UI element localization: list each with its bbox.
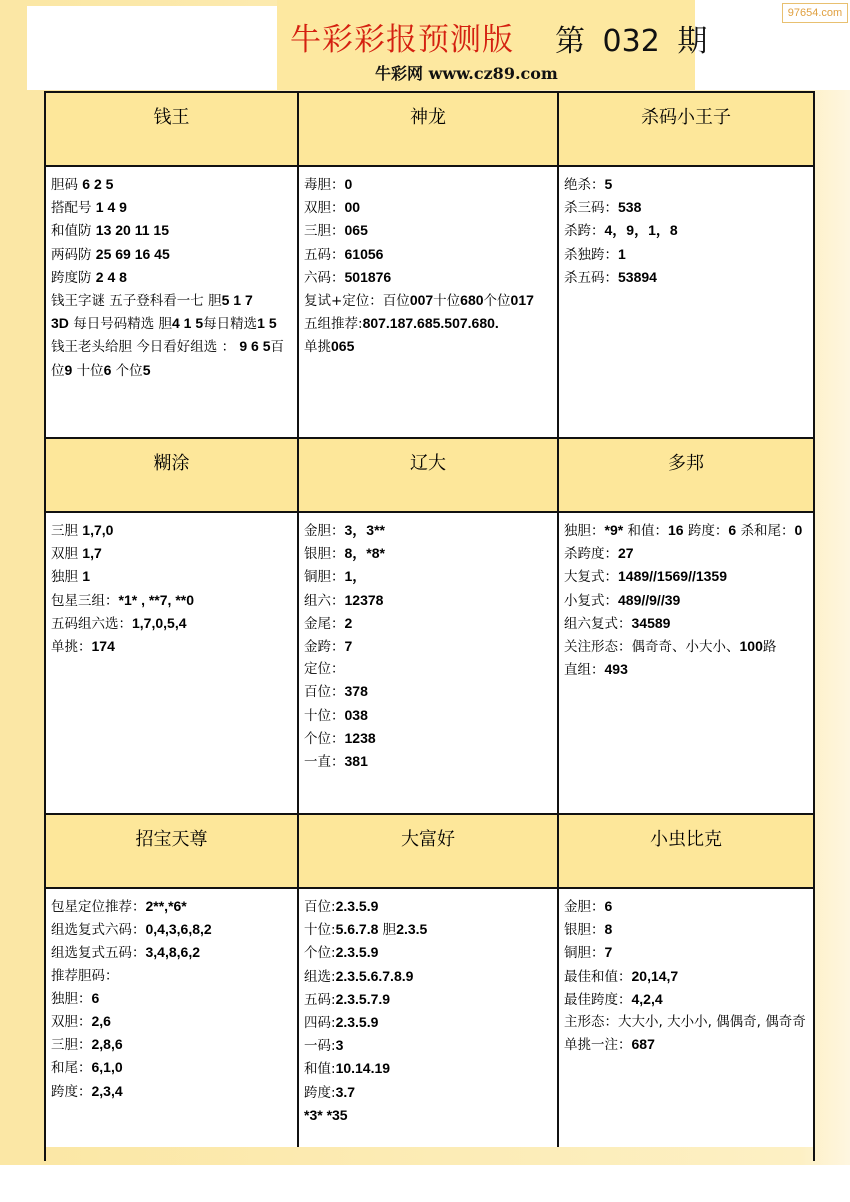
prediction-line: 独胆 1 (51, 565, 293, 588)
table-header-row: 招宝天尊 大富好 小虫比克 (46, 815, 813, 889)
line-value: 3D (51, 315, 69, 331)
prediction-line: 六码：501876 (304, 266, 553, 289)
line-label: 杀跨度： (564, 546, 618, 562)
line-value: 680 (460, 292, 483, 308)
prediction-line: 推荐胆码： (51, 965, 293, 987)
line-value: 53894 (618, 269, 657, 285)
line-value: 16 (668, 522, 684, 538)
prediction-line: 双胆：00 (304, 196, 553, 219)
prediction-line: 百位:2.3.5.9 (304, 895, 553, 918)
line-value: 2.3.5.7.9 (336, 991, 391, 1007)
prediction-line: 四码:2.3.5.9 (304, 1011, 553, 1034)
line-value: 378 (345, 683, 368, 699)
expert-name-cell: 神龙 (299, 93, 559, 167)
expert-content-cell: 百位:2.3.5.9十位:5.6.7.8 胆2.3.5个位:2.3.5.9组选:… (299, 889, 559, 1147)
prediction-line: 复试+定位：百位007十位680个位017 (304, 289, 553, 312)
prediction-line: 五组推荐:807.187.685.507.680. (304, 312, 553, 335)
table-body-row: 包星定位推荐：2**,*6*组选复式六码：0,4,3,6,8,2组选复式五码：3… (46, 889, 813, 1147)
line-label: 一直： (304, 754, 345, 770)
line-value: 2,3,4 (92, 1083, 123, 1099)
prediction-line: 独胆：*9* 和值：16 跨度：6 杀和尾：0 杀跨度：27 (564, 519, 809, 565)
prediction-line: 组六：12378 (304, 589, 553, 612)
expert-name-cell: 小虫比克 (559, 815, 813, 889)
line-label: 杀五码： (564, 270, 618, 286)
line-value: 2.3.5 (396, 921, 427, 937)
prediction-line: 和值:10.14.19 (304, 1057, 553, 1080)
prediction-line: 组选:2.3.5.6.7.8.9 (304, 965, 553, 988)
prediction-line: 和尾：6,1,0 (51, 1056, 293, 1079)
prediction-line: 个位：1238 (304, 727, 553, 750)
prediction-line: 双胆：2,6 (51, 1010, 293, 1033)
line-label: 大复式： (564, 569, 618, 585)
line-value: 2,6 (92, 1013, 111, 1029)
line-value: 7 (605, 944, 613, 960)
line-label: 小复式： (564, 593, 618, 609)
line-label: 独胆： (51, 991, 92, 1007)
site-subtitle: 牛彩网 www.cz89.com (375, 61, 558, 84)
line-label: 银胆： (564, 922, 605, 938)
expert-name-cell: 杀码小王子 (559, 93, 813, 167)
line-label: 金尾： (304, 616, 345, 632)
line-value: 381 (345, 753, 368, 769)
prediction-line: 单挑：174 (51, 635, 293, 658)
prediction-line: 组六复式：34589 (564, 612, 809, 635)
line-label: 包星定位推荐： (51, 899, 146, 915)
prediction-line: 铜胆：1， (304, 565, 553, 588)
line-label: 单挑一注： (564, 1037, 632, 1053)
line-label: 铜胆： (304, 569, 345, 585)
line-value: 1,7 (82, 545, 101, 561)
line-value: 1238 (345, 730, 376, 746)
prediction-line: 金胆：6 (564, 895, 809, 918)
line-label: 十位 (72, 363, 103, 379)
prediction-table: 钱王 神龙 杀码小王子 胆码 6 2 5搭配号 1 4 9和值防 13 20 1… (44, 91, 815, 1161)
prediction-line: 独胆：6 (51, 987, 293, 1010)
prediction-line: 金尾：2 (304, 612, 553, 635)
table-body-row: 三胆 1,7,0双胆 1,7独胆 1包星三组：*1* , **7, **0五码组… (46, 513, 813, 815)
prediction-line: 一直：381 (304, 750, 553, 773)
prediction-line: 搭配号 1 4 9 (51, 196, 293, 219)
line-value: 2.3.5.6.7.8.9 (336, 968, 414, 984)
line-label: 金胆： (304, 523, 345, 539)
line-label: 直组： (564, 662, 605, 678)
line-label: 和值： (623, 523, 668, 539)
line-label: 个位 (484, 293, 511, 309)
line-label: 五组推荐: (304, 316, 363, 332)
prediction-line: 五码组六选：1,7,0,5,4 (51, 612, 293, 635)
line-label: 跨度： (684, 523, 729, 539)
prediction-line: 大复式：1489//1569//1359 (564, 565, 809, 588)
line-label: 跨度: (304, 1085, 336, 1101)
line-label: 钱王老头给胆 今日看好组选 ： (51, 339, 239, 355)
line-value: 6 (728, 522, 736, 538)
line-label: 定位： (304, 661, 345, 677)
line-label: 单挑： (51, 639, 92, 655)
line-label: 六码： (304, 270, 345, 286)
line-value: 017 (511, 292, 534, 308)
line-value: 3.7 (336, 1084, 355, 1100)
line-value: 3，3** (345, 522, 385, 538)
line-label: 绝杀： (564, 177, 605, 193)
line-label: 铜胆： (564, 945, 605, 961)
line-value: 6 (605, 898, 613, 914)
prediction-line: 跨度：2,3,4 (51, 1080, 293, 1103)
line-value: 538 (618, 199, 641, 215)
line-value: 0 (794, 522, 802, 538)
prediction-line: 杀独跨：1 (564, 243, 809, 266)
expert-name-cell: 多邦 (559, 439, 813, 513)
line-value: 1 (82, 568, 90, 584)
line-label: 个位 (111, 363, 142, 379)
prediction-line: 包星三组：*1* , **7, **0 (51, 589, 293, 612)
line-label: 最佳跨度： (564, 992, 632, 1008)
line-label: 十位 (433, 293, 460, 309)
expert-content-cell: 毒胆：0双胆：00三胆：065五码：61056六码：501876复试+定位：百位… (299, 167, 559, 439)
prediction-line: 组选复式六码：0,4,3,6,8,2 (51, 918, 293, 941)
line-value: 687 (632, 1036, 655, 1052)
line-value: 1 5 (257, 315, 276, 331)
prediction-line: 杀五码：53894 (564, 266, 809, 289)
prediction-line: 十位:5.6.7.8 胆2.3.5 (304, 918, 553, 941)
line-value: 27 (618, 545, 634, 561)
prediction-line: 单挑一注：687 (564, 1033, 809, 1056)
line-value: 5 (605, 176, 613, 192)
prediction-line: 定位： (304, 658, 553, 680)
line-label: 主形态：大大小, 大小小, 偶偶奇, 偶奇奇 (564, 1014, 806, 1030)
line-value: 2 (345, 615, 353, 631)
line-label: 路 (763, 639, 777, 655)
line-label: 独胆： (564, 523, 605, 539)
prediction-line: 钱王字谜 五子登科看一七 胆5 1 7 (51, 289, 293, 312)
line-label: 银胆： (304, 546, 345, 562)
line-value: 1,7,0 (82, 522, 113, 538)
line-label: 杀和尾： (736, 523, 794, 539)
blank-logo-area (27, 6, 277, 90)
line-value: 1， (345, 568, 367, 584)
prediction-line: 跨度:3.7 (304, 1081, 553, 1104)
line-value: 174 (92, 638, 115, 654)
expert-name-cell: 大富好 (299, 815, 559, 889)
line-label: 独胆 (51, 569, 82, 585)
prediction-line: 三胆：065 (304, 219, 553, 242)
prediction-line: 跨度防 2 4 8 (51, 266, 293, 289)
line-value: 6,1,0 (92, 1059, 123, 1075)
line-value: 0,4,3,6,8,2 (146, 921, 212, 937)
line-label: 五码组六选： (51, 616, 132, 632)
prediction-line: 主形态：大大小, 大小小, 偶偶奇, 偶奇奇 (564, 1011, 809, 1033)
line-value: 038 (345, 707, 368, 723)
line-value: 100 (740, 638, 763, 654)
line-value: 2.3.5.9 (336, 1014, 379, 1030)
prediction-line: 包星定位推荐：2**,*6* (51, 895, 293, 918)
prediction-line: 银胆：8 (564, 918, 809, 941)
line-label: 胆 (378, 922, 396, 938)
line-label: 最佳和值： (564, 969, 632, 985)
watermark-badge: 97654.com (782, 3, 848, 23)
prediction-line: 毒胆：0 (304, 173, 553, 196)
line-value: 493 (605, 661, 628, 677)
line-value: 807.187.685.507.680. (363, 315, 499, 331)
line-value: *1* , **7, **0 (119, 592, 195, 608)
line-label: 双胆 (51, 546, 82, 562)
line-value: 501876 (345, 269, 392, 285)
table-header-row: 钱王 神龙 杀码小王子 (46, 93, 813, 167)
line-value: 8，*8* (345, 545, 385, 561)
prediction-line: 绝杀：5 (564, 173, 809, 196)
line-label: 两码防 (51, 247, 96, 263)
line-value: 10.14.19 (336, 1060, 391, 1076)
prediction-line: 金跨：7 (304, 635, 553, 658)
line-label: 杀跨： (564, 223, 605, 239)
prediction-line: 银胆：8，*8* (304, 542, 553, 565)
line-label: 复试+定位：百位 (304, 293, 410, 309)
line-value: 6 (92, 990, 100, 1006)
line-value: *3* *35 (304, 1107, 348, 1123)
prediction-line: 3D 每日号码精选 胆4 1 5每日精选1 5 (51, 312, 293, 335)
expert-content-cell: 金胆：6银胆：8铜胆：7最佳和值：20,14,7最佳跨度：4,2,4主形态：大大… (559, 889, 813, 1147)
prediction-line: 最佳跨度：4,2,4 (564, 988, 809, 1011)
line-value: 13 20 11 15 (96, 222, 169, 238)
prediction-line: 杀跨：4，9，1，8 (564, 219, 809, 242)
line-label: 个位: (304, 945, 336, 961)
prediction-line: 胆码 6 2 5 (51, 173, 293, 196)
line-label: 五码: (304, 992, 336, 1008)
line-value: 1 4 9 (96, 199, 127, 215)
line-label: 双胆： (304, 200, 345, 216)
line-value: 12378 (345, 592, 384, 608)
prediction-line: 直组：493 (564, 658, 809, 681)
prediction-line: 组选复式五码：3,4,8,6,2 (51, 941, 293, 964)
line-label: 推荐胆码： (51, 968, 119, 984)
prediction-line: 双胆 1,7 (51, 542, 293, 565)
prediction-line: 金胆：3，3** (304, 519, 553, 542)
line-value: 1,7,0,5,4 (132, 615, 187, 631)
prediction-line: 两码防 25 69 16 45 (51, 243, 293, 266)
line-label: 跨度防 (51, 270, 96, 286)
line-label: 组六： (304, 593, 345, 609)
line-value: 5.6.7.8 (336, 921, 379, 937)
line-label: 胆码 (51, 177, 82, 193)
line-label: 搭配号 (51, 200, 96, 216)
line-label: 四码: (304, 1015, 336, 1031)
line-label: 和值: (304, 1061, 336, 1077)
prediction-line: 百位：378 (304, 680, 553, 703)
page-title: 牛彩彩报预测版 (290, 14, 514, 59)
line-label: 三胆 (51, 523, 82, 539)
prediction-line: *3* *35 (304, 1104, 553, 1127)
line-label: 组选: (304, 969, 336, 985)
line-label: 百位: (304, 899, 336, 915)
line-value: 9 6 5 (239, 338, 270, 354)
line-label: 和尾： (51, 1060, 92, 1076)
line-value: 2,8,6 (92, 1036, 123, 1052)
line-label: 组六复式： (564, 616, 632, 632)
expert-content-cell: 独胆：*9* 和值：16 跨度：6 杀和尾：0 杀跨度：27大复式：1489//… (559, 513, 813, 815)
line-label: 包星三组： (51, 593, 119, 609)
line-label: 五码： (304, 247, 345, 263)
line-label: 每日精选 (203, 316, 257, 332)
line-label: 个位： (304, 731, 345, 747)
line-label: 杀独跨： (564, 247, 618, 263)
expert-name-cell: 糊涂 (46, 439, 299, 513)
line-value: 065 (331, 338, 354, 354)
line-label: 和值防 (51, 223, 96, 239)
prediction-line: 铜胆：7 (564, 941, 809, 964)
prediction-line: 关注形态：偶奇奇、小大小、100路 (564, 635, 809, 658)
line-value: 2 4 8 (96, 269, 127, 285)
prediction-line: 单挑065 (304, 335, 553, 358)
line-value: 61056 (345, 246, 384, 262)
line-value: 0 (345, 176, 353, 192)
expert-content-cell: 胆码 6 2 5搭配号 1 4 9和值防 13 20 11 15两码防 25 6… (46, 167, 299, 439)
line-value: 3,4,8,6,2 (146, 944, 201, 960)
line-value: *9* (605, 522, 624, 538)
expert-name-cell: 辽大 (299, 439, 559, 513)
line-value: 20,14,7 (632, 968, 679, 984)
line-label: 百位： (304, 684, 345, 700)
prediction-line: 和值防 13 20 11 15 (51, 219, 293, 242)
line-label: 钱王字谜 五子登科看一七 胆 (51, 293, 222, 309)
expert-name-cell: 钱王 (46, 93, 299, 167)
prediction-line: 钱王老头给胆 今日看好组选 ： 9 6 5百位9 十位6 个位5 (51, 335, 293, 381)
prediction-line: 五码:2.3.5.7.9 (304, 988, 553, 1011)
prediction-line: 小复式：489//9//39 (564, 589, 809, 612)
line-value: 065 (345, 222, 368, 238)
prediction-line: 三胆：2,8,6 (51, 1033, 293, 1056)
line-value: 2.3.5.9 (336, 898, 379, 914)
prediction-line: 个位:2.3.5.9 (304, 941, 553, 964)
line-label: 跨度： (51, 1084, 92, 1100)
line-value: 8 (605, 921, 613, 937)
line-value: 34589 (632, 615, 671, 631)
line-label: 金跨： (304, 639, 345, 655)
prediction-line: 十位：038 (304, 704, 553, 727)
line-label: 杀三码： (564, 200, 618, 216)
line-label: 组选复式六码： (51, 922, 146, 938)
line-value: 007 (410, 292, 433, 308)
line-label: 组选复式五码： (51, 945, 146, 961)
line-value: 7 (345, 638, 353, 654)
line-value: 4,2,4 (632, 991, 663, 1007)
line-value: 1489//1569//1359 (618, 568, 727, 584)
issue-number: 第 032 期 (555, 16, 707, 60)
prediction-line: 三胆 1,7,0 (51, 519, 293, 542)
expert-content-cell: 金胆：3，3**银胆：8，*8*铜胆：1，组六：12378金尾：2金跨：7定位：… (299, 513, 559, 815)
expert-content-cell: 三胆 1,7,0双胆 1,7独胆 1包星三组：*1* , **7, **0五码组… (46, 513, 299, 815)
line-value: 00 (345, 199, 361, 215)
line-label: 毒胆： (304, 177, 345, 193)
line-label: 每日号码精选 胆 (69, 316, 172, 332)
table-header-row: 糊涂 辽大 多邦 (46, 439, 813, 513)
line-label: 关注形态：偶奇奇、小大小、 (564, 639, 740, 655)
prediction-line: 一码:3 (304, 1034, 553, 1057)
page-bottom-margin (0, 1165, 850, 1202)
line-value: 4 1 5 (172, 315, 203, 331)
line-label: 金胆： (564, 899, 605, 915)
expert-content-cell: 绝杀：5杀三码：538杀跨：4，9，1，8杀独跨：1杀五码：53894 (559, 167, 813, 439)
line-value: 2.3.5.9 (336, 944, 379, 960)
line-label: 三胆： (51, 1037, 92, 1053)
line-value: 25 69 16 45 (96, 246, 170, 262)
line-value: 5 (143, 362, 151, 378)
line-label: 十位: (304, 922, 336, 938)
line-label: 一码: (304, 1038, 336, 1054)
line-value: 4，9，1，8 (605, 222, 678, 238)
line-label: 单挑 (304, 339, 331, 355)
line-value: 489//9//39 (618, 592, 680, 608)
prediction-line: 杀三码：538 (564, 196, 809, 219)
prediction-line: 最佳和值：20,14,7 (564, 965, 809, 988)
line-value: 3 (336, 1037, 344, 1053)
expert-name-cell: 招宝天尊 (46, 815, 299, 889)
line-label: 双胆： (51, 1014, 92, 1030)
prediction-line: 五码：61056 (304, 243, 553, 266)
line-value: 1 (618, 246, 626, 262)
line-label: 十位： (304, 708, 345, 724)
line-label: 三胆： (304, 223, 345, 239)
table-body-row: 胆码 6 2 5搭配号 1 4 9和值防 13 20 11 15两码防 25 6… (46, 167, 813, 439)
expert-content-cell: 包星定位推荐：2**,*6*组选复式六码：0,4,3,6,8,2组选复式五码：3… (46, 889, 299, 1147)
line-value: 2**,*6* (146, 898, 187, 914)
line-value: 6 2 5 (82, 176, 113, 192)
line-value: 5 1 7 (222, 292, 253, 308)
